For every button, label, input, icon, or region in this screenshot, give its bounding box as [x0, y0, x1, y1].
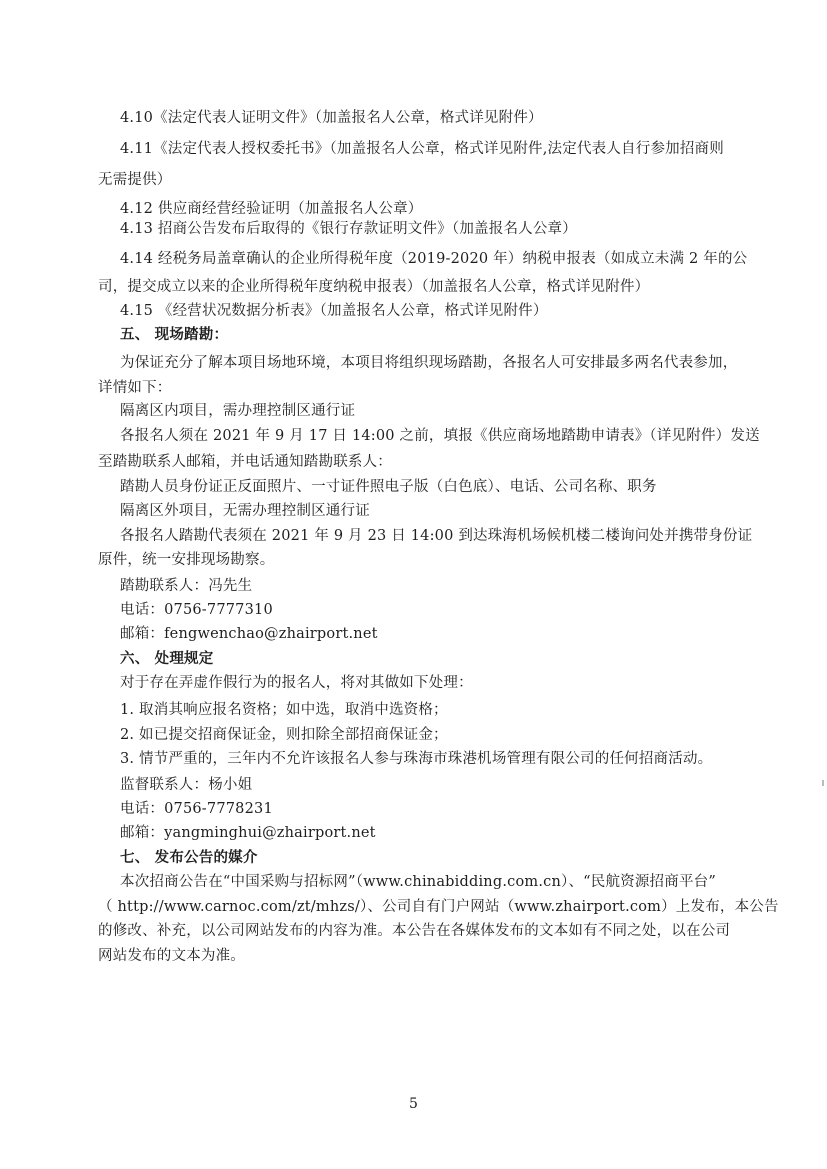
text-line: 本次招商公告在“中国采购与招标网”（www.chinabidding.com.c…: [120, 872, 716, 892]
text-line: 4.11《法定代表人授权委托书》（加盖报名人公章，格式详见附件,法定代表人自行参…: [120, 139, 724, 159]
text-line: 邮箱：yangminghui@zhairport.net: [120, 823, 376, 843]
text-line: 邮箱：fengwenchao@zhairport.net: [120, 624, 378, 644]
text-line: 踏勘人员身份证正反面照片、一寸证件照电子版（白色底）、电话、公司名称、职务: [120, 477, 657, 497]
text-line: 踏勘联系人：冯先生: [120, 576, 252, 596]
text-line: 隔离区外项目，无需办理控制区通行证: [120, 501, 370, 521]
text-line: 原件，统一安排现场勘察。: [98, 550, 274, 570]
text-line: 无需提供）: [98, 170, 172, 190]
text-line: 2. 如已提交招商保证金，则扣除全部招商保证金；: [120, 725, 448, 745]
document-page: 4.10《法定代表人证明文件》（加盖报名人公章，格式详见附件）4.11《法定代表…: [0, 0, 827, 1169]
text-line: 司，提交成立以来的企业所得税年度纳税申报表）（加盖报名人公章，格式详见附件）: [98, 277, 649, 297]
text-line: 为保证充分了解本项目场地环境，本项目将组织现场踏勘，各报名人可安排最多两名代表参…: [120, 353, 737, 373]
text-line: 对于存在弄虚作假行为的报名人，将对其做如下处理：: [120, 673, 473, 693]
text-line: 4.14 经税务局盖章确认的企业所得税年度（2019-2020 年）纳税申报表（…: [120, 249, 747, 269]
section-heading: 七、 发布公告的媒介: [120, 848, 258, 868]
text-line: 详情如下：: [98, 378, 172, 398]
text-line: 3. 情节严重的，三年内不允许该报名人参与珠海市珠港机场管理有限公司的任何招商活…: [120, 749, 712, 769]
text-line: 的修改、补充，以公司网站发布的内容为准。本公告在各媒体发布的文本如有不同之处，以…: [98, 921, 730, 941]
page-number: 5: [0, 1094, 827, 1114]
text-line: 隔离区内项目，需办理控制区通行证: [120, 401, 355, 421]
text-line: 电话：0756-7778231: [120, 799, 273, 819]
text-line: 各报名人须在 2021 年 9 月 17 日 14:00 之前，填报《供应商场地…: [120, 426, 760, 446]
text-line: 至踏勘联系人邮箱，并电话通知踏勘联系人：: [98, 452, 392, 472]
text-line: （ http://www.carnoc.com/zt/mhzs/）、公司自有门户…: [98, 897, 779, 917]
text-line: 监督联系人：杨小姐: [120, 775, 252, 795]
section-heading: 六、 处理规定: [120, 649, 213, 669]
text-line: 4.10《法定代表人证明文件》（加盖报名人公章，格式详见附件）: [120, 108, 543, 128]
text-line: 4.13 招商公告发布后取得的《银行存款证明文件》（加盖报名人公章）: [120, 219, 577, 239]
text-line: 电话：0756-7777310: [120, 600, 273, 620]
text-line: 网站发布的文本为准。: [98, 946, 245, 966]
text-line: 1. 取消其响应报名资格；如中选，取消中选资格；: [120, 700, 448, 720]
text-line: 各报名人踏勘代表须在 2021 年 9 月 23 日 14:00 到达珠海机场候…: [120, 526, 752, 546]
text-line: 4.12 供应商经营经验证明（加盖报名人公章）: [120, 199, 423, 219]
scan-artifact: [822, 780, 824, 786]
section-heading: 五、 现场踏勘：: [120, 325, 228, 345]
text-line: 4.15 《经营状况数据分析表》（加盖报名人公章，格式详见附件）: [120, 301, 548, 321]
